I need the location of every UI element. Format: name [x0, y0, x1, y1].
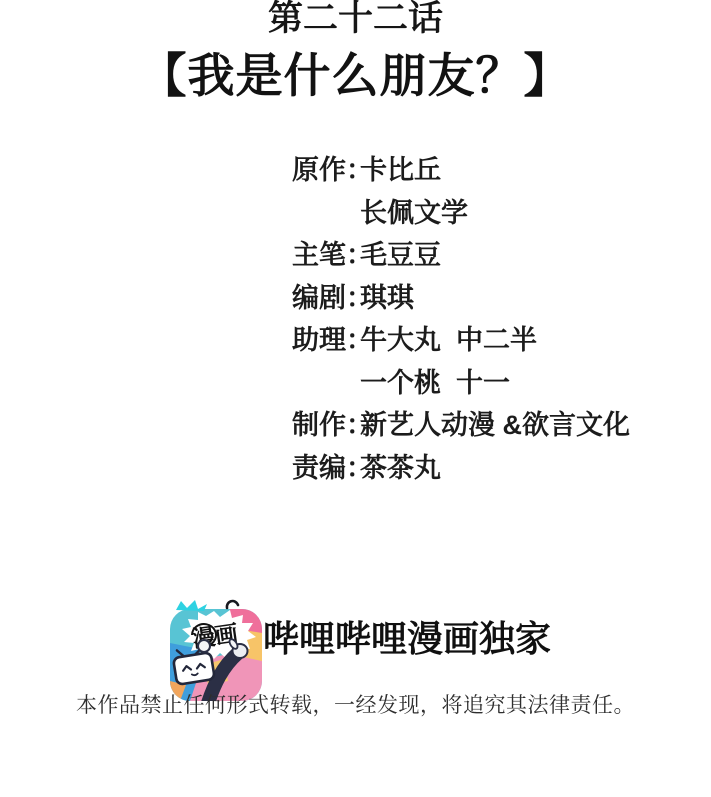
credit-role-label: 主笔：: [292, 234, 360, 277]
credit-name: 琪琪: [360, 277, 414, 320]
credit-name: 一个桃 十一: [360, 362, 510, 405]
cyan-splash-icon: [176, 600, 207, 611]
episode-title: 【我是什么朋友？】: [0, 46, 711, 106]
tv-face-frame: [173, 652, 215, 685]
brand-exclusive-label: 哔哩哔哩漫画独家: [263, 617, 551, 661]
credit-name: 新艺人动漫 &欲言文化: [360, 404, 630, 447]
credit-role-label: 助理：: [292, 319, 360, 362]
credit-role-label: 制作：: [292, 404, 360, 447]
credit-row: 主笔： 毛豆豆: [292, 234, 630, 277]
credit-name: 卡比丘: [360, 149, 441, 192]
credit-name: 茶茶丸: [360, 447, 441, 490]
credit-row: 编剧： 琪琪: [292, 277, 630, 320]
credit-row: 制作： 新艺人动漫 &欲言文化: [292, 404, 630, 447]
credit-row: 责编： 茶茶丸: [292, 447, 630, 490]
tv-glove-icon: [198, 640, 210, 652]
credits-list: 原作： 卡比丘 长佩文学 主笔： 毛豆豆 编剧： 琪琪 助理： 牛大丸 中二半 …: [292, 149, 630, 489]
credit-name: 牛大丸 中二半: [360, 319, 537, 362]
credit-role-label: 编剧：: [292, 277, 360, 320]
credit-row: 原作： 卡比丘: [292, 149, 630, 192]
credit-role-label: 原作：: [292, 149, 360, 192]
chapter-title: 第二十二话: [0, 0, 711, 40]
credit-name: 毛豆豆: [360, 234, 441, 277]
copyright-notice: 本作品禁止任何形式转载，一经发现，将追究其法律责任。: [0, 692, 711, 720]
credit-name: 长佩文学: [360, 192, 468, 235]
credit-row: 助理： 牛大丸 中二半: [292, 319, 630, 362]
manga-credits-page: 第二十二话 【我是什么朋友？】 原作： 卡比丘 长佩文学 主笔： 毛豆豆 编剧：…: [0, 0, 711, 797]
credit-role-label: 责编：: [292, 447, 360, 490]
credit-row: 长佩文学: [292, 192, 630, 235]
credit-row: 一个桃 十一: [292, 362, 630, 405]
bilibili-manga-app-icon: 漫画: [170, 609, 262, 701]
ink-curl-icon: [227, 601, 238, 608]
